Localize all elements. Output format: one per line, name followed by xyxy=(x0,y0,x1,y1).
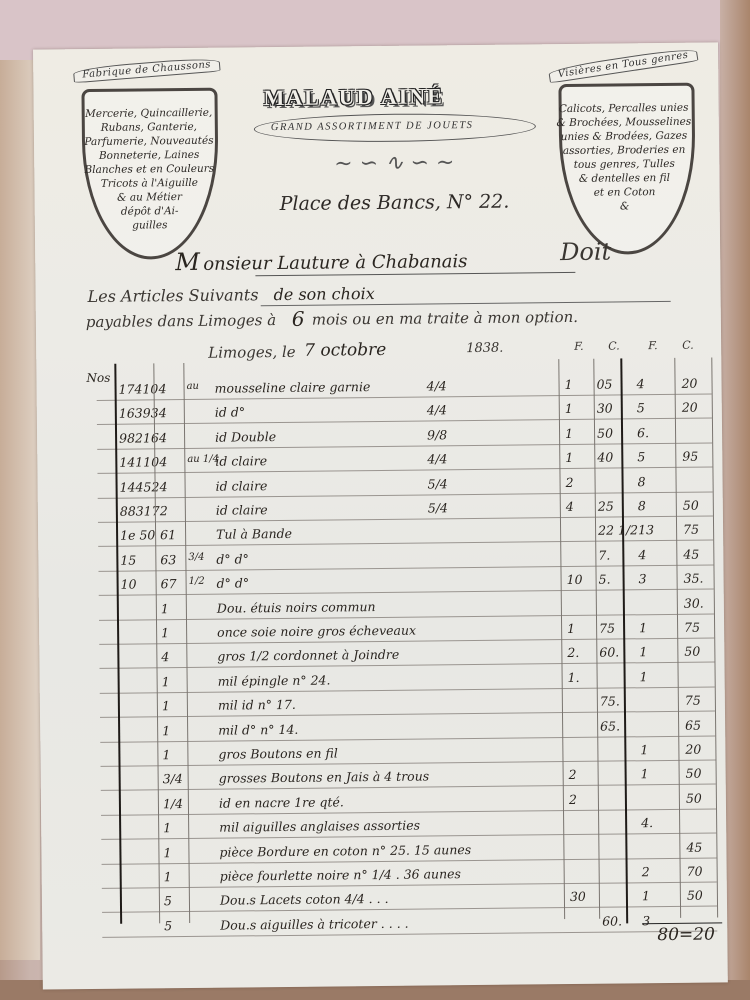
row-unit-centimes: 50 xyxy=(597,425,613,440)
row-unit-centimes: 30 xyxy=(597,401,613,416)
row-qty: 1 xyxy=(162,698,170,713)
row-total-francs: 5 xyxy=(637,449,645,464)
row-total-francs: 4. xyxy=(641,815,653,830)
row-qty: 3/4 xyxy=(163,771,183,786)
row-description: mousseline claire garnie xyxy=(214,379,370,396)
row-description: id Double xyxy=(215,429,276,445)
row-qty: 1 xyxy=(163,820,171,835)
row-total-francs: 1 xyxy=(640,669,648,684)
row-total-francs: 1 xyxy=(641,767,649,782)
shield-line: assorties, Broderies en xyxy=(554,143,694,158)
row-description: once soie noire gros écheveaux xyxy=(217,623,416,640)
row-unit-centimes: 25 xyxy=(598,499,614,514)
row-unit-francs: 2 xyxy=(569,792,577,807)
tagline: GRAND ASSORTIMENT DE JOUETS xyxy=(271,120,474,133)
col-header-f2: F. xyxy=(648,339,658,352)
row-qty: 1 xyxy=(162,674,170,689)
row-total-francs: 5 xyxy=(637,401,645,416)
right-shield-text: Calicots, Percalles unies& Brochées, Mou… xyxy=(554,101,695,214)
row-total-centimes: 20 xyxy=(682,400,698,415)
terms-months: 6 xyxy=(292,307,305,331)
row-size: 4/4 xyxy=(427,451,447,466)
shield-line: unies & Brodées, Gazes xyxy=(554,129,694,144)
col-header-f1: F. xyxy=(574,340,584,353)
row-unit-francs: 1 xyxy=(567,621,575,636)
row-ref: 98216 xyxy=(119,430,159,445)
row-total-centimes: 20 xyxy=(681,376,697,391)
row-unit-francs: 30 xyxy=(570,889,586,904)
addressee-initial: M xyxy=(175,248,200,276)
row-total-centimes: 65 xyxy=(685,717,701,732)
row-total-centimes: 45 xyxy=(683,546,699,561)
row-unit-francs: 2. xyxy=(567,645,579,660)
row-unit-francs: 2 xyxy=(569,767,577,782)
shield-line: & au Métier xyxy=(81,190,219,205)
row-qty: 4 xyxy=(158,381,166,396)
row-description: gros Boutons en fil xyxy=(218,745,338,761)
terms-b: mois ou en ma traite à mon option. xyxy=(312,308,578,329)
row-unit-centimes: 60. xyxy=(602,913,622,928)
row-description: Dou.s aiguilles à tricoter . . . . xyxy=(220,915,409,932)
row-total-francs: 1 xyxy=(640,742,648,757)
shield-line: & xyxy=(555,199,695,214)
row-fraction: au xyxy=(186,381,199,392)
row-total-centimes: 50 xyxy=(686,790,702,805)
flourish-ornament: ~ ∽ ∿ ∽ ~ xyxy=(334,150,454,176)
row-fraction: 1/2 xyxy=(189,576,205,587)
row-description: grosses Boutons en Jais à 4 trous xyxy=(219,769,430,786)
grand-total: 80=20 xyxy=(657,924,715,945)
shield-line: et en Coton xyxy=(554,185,694,200)
row-description: Dou.s Lacets coton 4/4 . . . xyxy=(220,891,389,908)
row-total-centimes: 50 xyxy=(687,888,703,903)
row-unit-centimes: 75. xyxy=(600,694,620,709)
articles-label: Les Articles Suivants xyxy=(88,285,259,306)
doit-label: Doit xyxy=(560,238,611,267)
row-rule xyxy=(102,930,717,937)
row-unit-centimes: 40 xyxy=(597,450,613,465)
row-qty: 4 xyxy=(159,430,167,445)
company-name: MALAUD AINÉ xyxy=(263,83,444,111)
row-ref: 14110 xyxy=(119,454,159,469)
shield-line: Calicots, Percalles unies xyxy=(554,101,694,116)
row-ref: 14452 xyxy=(120,479,160,494)
row-description: d° d° xyxy=(216,551,249,566)
row-total-francs: 13 xyxy=(638,523,654,538)
row-total-francs: 1 xyxy=(639,645,647,660)
row-size: 4/4 xyxy=(427,403,447,418)
row-description: mil d° n° 14. xyxy=(218,721,298,737)
left-shield-text: Mercerie, Quincaillerie,Rubans, Ganterie… xyxy=(80,106,219,233)
row-qty: 2 xyxy=(160,503,168,518)
row-qty: 4 xyxy=(159,454,167,469)
addressee: onsieur Lauture à Chabanais xyxy=(203,251,467,275)
row-description: id claire xyxy=(216,502,268,518)
shield-line: Parfumerie, Nouveautés xyxy=(80,134,218,149)
row-description: mil id n° 17. xyxy=(218,697,296,713)
row-ref: 16393 xyxy=(119,406,159,421)
terms-a: payables dans Limoges à xyxy=(86,311,276,331)
row-ref: 17410 xyxy=(119,381,159,396)
row-unit-francs: 1 xyxy=(565,401,573,416)
row-size: 9/8 xyxy=(427,427,447,442)
row-unit-francs: 1 xyxy=(565,426,573,441)
row-unit-francs: 1 xyxy=(565,450,573,465)
row-unit-francs: 2 xyxy=(565,475,573,490)
right-banner: Visières en Tous genres xyxy=(548,46,698,83)
row-total-centimes: 75 xyxy=(683,522,699,537)
row-total-centimes: 75 xyxy=(685,693,701,708)
row-total-centimes: 30. xyxy=(684,595,704,610)
row-total-francs: 8 xyxy=(638,498,646,513)
row-description: gros 1/2 cordonnet à Joindre xyxy=(217,647,399,664)
date: 7 octobre xyxy=(304,340,386,361)
row-unit-centimes: 5. xyxy=(599,572,611,587)
row-ref: 15 xyxy=(120,552,136,567)
row-total-centimes: 50 xyxy=(684,644,700,659)
row-qty: 63 xyxy=(160,552,176,567)
row-description: id en nacre 1re qté. xyxy=(219,794,344,810)
row-total-centimes: 45 xyxy=(686,839,702,854)
row-description: Tul à Bande xyxy=(216,526,292,542)
row-qty: 61 xyxy=(160,528,176,543)
row-description: mil aiguilles anglaises assorties xyxy=(219,818,420,835)
row-description: id d° xyxy=(215,405,245,420)
row-total-francs: 4 xyxy=(636,376,644,391)
row-ref: 88317 xyxy=(120,503,160,518)
row-description: Dou. étuis noirs commun xyxy=(217,599,376,616)
shield-line: Bonneterie, Laines xyxy=(80,148,218,163)
row-unit-centimes: 75 xyxy=(599,621,615,636)
row-ref: 1e 50 xyxy=(120,528,155,543)
row-description: id claire xyxy=(216,478,268,494)
place-date-label: Limoges, le xyxy=(208,343,296,362)
row-fraction: 3/4 xyxy=(188,552,204,563)
row-total-centimes: 75 xyxy=(684,620,700,635)
row-total-francs: 2 xyxy=(642,864,650,879)
invoice-paper: Fabrique de Chaussons Mercerie, Quincail… xyxy=(33,42,728,989)
row-qty: 1/4 xyxy=(163,796,183,811)
row-qty: 5 xyxy=(164,894,172,909)
shield-line: guilles xyxy=(81,218,219,233)
row-ref: 10 xyxy=(121,577,137,592)
row-total-centimes: 95 xyxy=(682,449,698,464)
col-header-c2: C. xyxy=(682,339,694,352)
shield-line: dépôt d'Ai- xyxy=(81,204,219,219)
row-qty: 1 xyxy=(162,723,170,738)
row-unit-centimes: 60. xyxy=(599,645,619,660)
shield-line: tous genres, Tulles xyxy=(554,157,694,172)
row-total-francs: 3 xyxy=(639,571,647,586)
row-unit-francs: 4 xyxy=(566,499,574,514)
row-qty: 1 xyxy=(164,869,172,884)
row-qty: 4 xyxy=(159,406,167,421)
row-qty: 1 xyxy=(163,845,171,860)
row-unit-centimes: 7. xyxy=(598,547,610,562)
row-total-centimes: 50 xyxy=(683,498,699,513)
row-total-centimes: 70 xyxy=(687,864,703,879)
row-unit-centimes: 22 1/2 xyxy=(598,523,638,538)
articles-choice: de son choix xyxy=(273,284,374,304)
address: Place des Bancs, N° 22. xyxy=(280,191,510,215)
row-description: mil épingle n° 24. xyxy=(218,672,331,688)
row-unit-francs: 1. xyxy=(568,670,580,685)
row-description: pièce fourlette noire n° 1/4 . 36 aunes xyxy=(220,866,461,884)
row-total-francs: 4 xyxy=(638,547,646,562)
row-qty: 1 xyxy=(162,747,170,762)
shield-line: Blanches et en Couleurs xyxy=(80,162,218,177)
row-qty: 1 xyxy=(161,601,169,616)
row-qty: 1 xyxy=(161,625,169,640)
row-size: 5/4 xyxy=(428,500,448,515)
shield-line: & dentelles en fil xyxy=(554,171,694,186)
row-size: 4/4 xyxy=(426,378,446,393)
left-banner: Fabrique de Chaussons xyxy=(73,57,221,84)
row-qty: 67 xyxy=(161,576,177,591)
col-header-c1: C. xyxy=(608,339,620,352)
row-total-centimes: 35. xyxy=(684,571,704,586)
shield-line: Mercerie, Quincaillerie, xyxy=(80,106,218,121)
row-total-francs: 1 xyxy=(642,889,650,904)
row-qty: 4 xyxy=(161,650,169,665)
row-unit-centimes: 05 xyxy=(596,377,612,392)
row-qty: 5 xyxy=(164,918,172,933)
row-description: d° d° xyxy=(217,576,250,591)
shield-line: Rubans, Ganterie, xyxy=(80,120,218,135)
row-unit-francs: 10 xyxy=(567,572,583,587)
row-description: pièce Bordure en coton n° 25. 15 aunes xyxy=(219,842,471,860)
row-unit-francs: 1 xyxy=(564,377,572,392)
shield-line: & Brochées, Mousselines xyxy=(554,115,694,130)
row-description: id claire xyxy=(215,453,267,469)
row-qty: 4 xyxy=(160,479,168,494)
row-size: 5/4 xyxy=(428,476,448,491)
row-total-centimes: 20 xyxy=(685,742,701,757)
year: 1838. xyxy=(466,341,503,356)
row-total-francs: 8 xyxy=(637,474,645,489)
row-total-centimes: 50 xyxy=(686,766,702,781)
row-total-francs: 1 xyxy=(639,620,647,635)
row-unit-centimes: 65. xyxy=(600,718,620,733)
row-total-francs: 3 xyxy=(642,913,650,928)
shield-line: Tricots à l'Aiguille xyxy=(80,176,218,191)
row-total-francs: 6. xyxy=(637,425,649,440)
